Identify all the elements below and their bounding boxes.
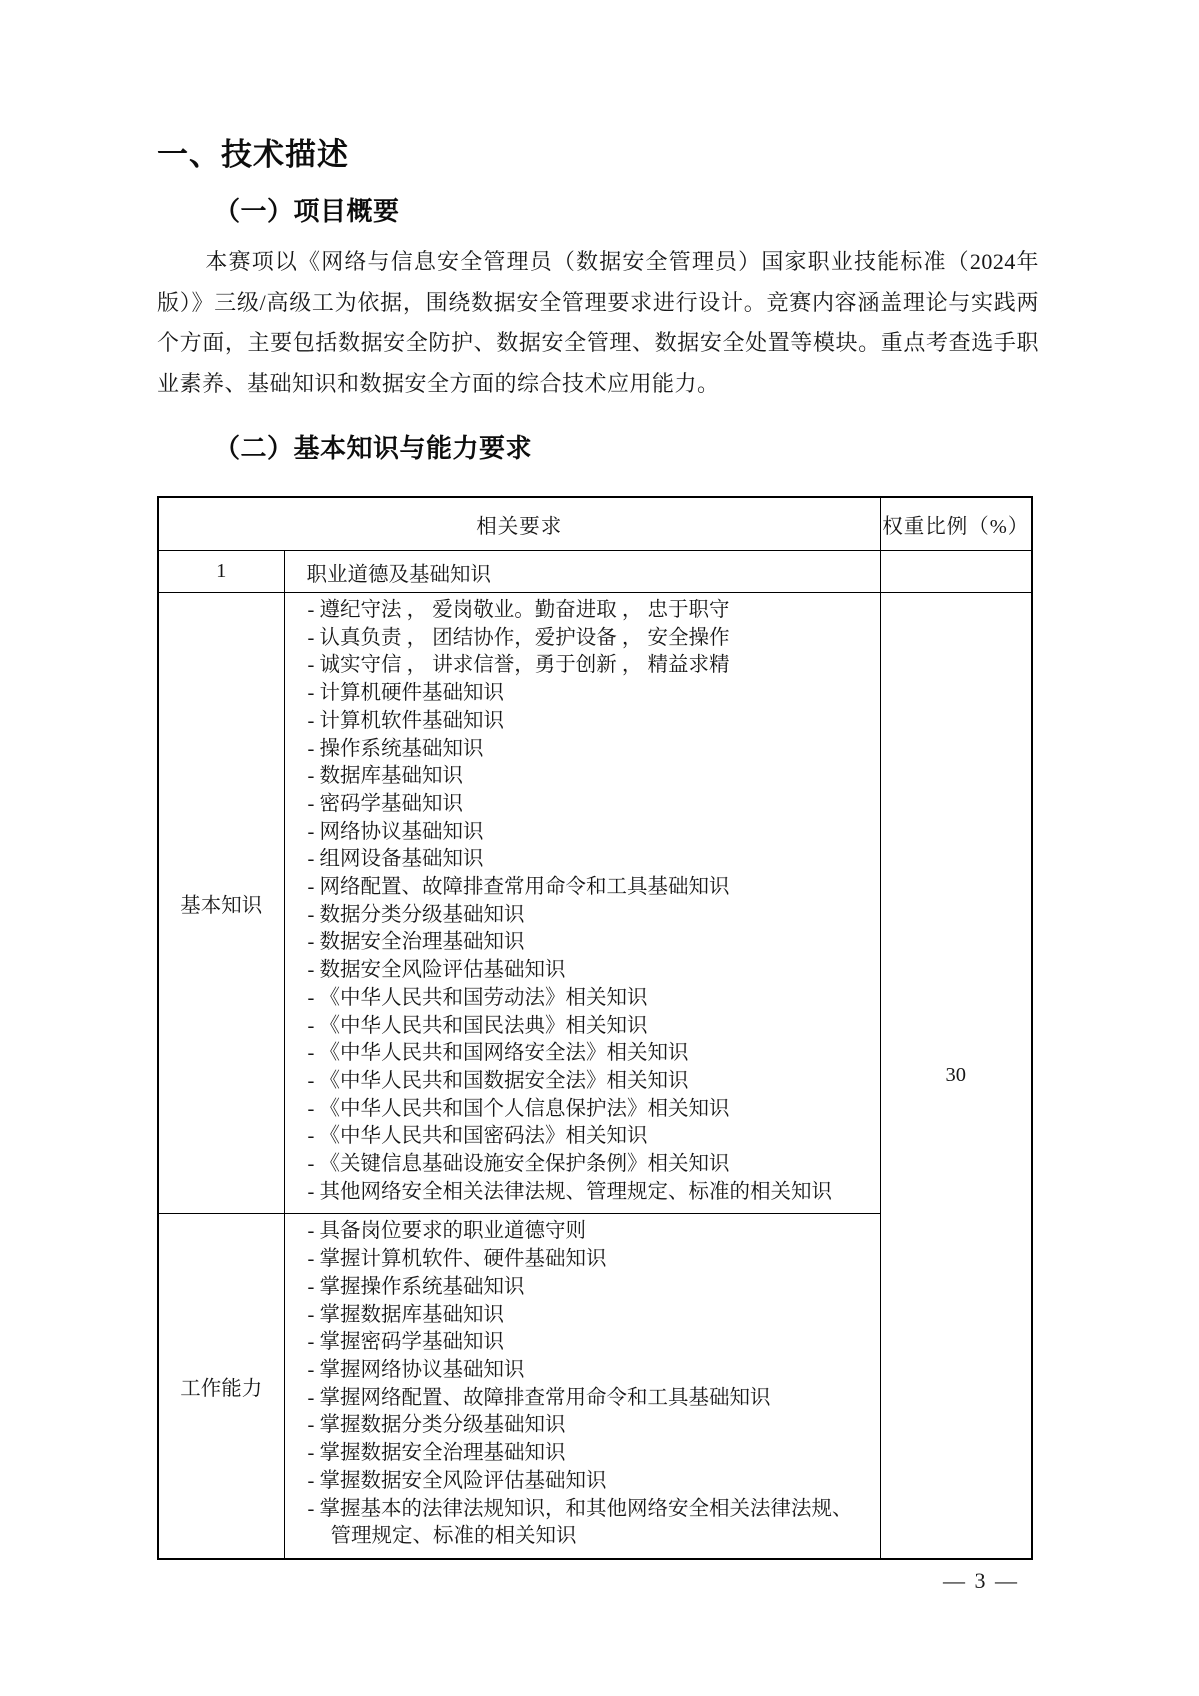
requirement-item: - 诚实守信 ， 讲求信誉，勇于创新 ， 精益求精 [285, 652, 870, 680]
document-page: 一、技术描述 （一）项目概要 本赛项以《网络与信息安全管理员（数据安全管理员）国… [0, 0, 1199, 1696]
requirement-item: - 《中华人民共和国劳动法》相关知识 [285, 985, 870, 1013]
requirement-item: - 密码学基础知识 [285, 791, 870, 819]
requirement-item: - 计算机硬件基础知识 [285, 680, 870, 708]
table-row: 基本知识 - 遵纪守法 ， 爱岗敬业。勤奋进取 ， 忠于职守- 认真负责 ， 团… [158, 593, 1032, 1214]
table-header-row: 相关要求 权重比例（%） [158, 497, 1032, 551]
requirement-item: - 《中华人民共和国数据安全法》相关知识 [285, 1068, 870, 1096]
subsection-2-title: （二）基本知识与能力要求 [214, 431, 1039, 465]
requirement-item: - 数据安全治理基础知识 [285, 929, 870, 957]
basic-knowledge-label: 基本知识 [158, 593, 284, 1214]
work-ability-label: 工作能力 [158, 1214, 284, 1559]
requirement-item: - 网络协议基础知识 [285, 819, 870, 847]
requirement-item: - 掌握数据安全风险评估基础知识 [285, 1468, 870, 1496]
requirement-item: - 认真负责 ， 团结协作，爱护设备 ， 安全操作 [285, 625, 870, 653]
table-row: 1 职业道德及基础知识 [158, 551, 1032, 593]
page-content: 一、技术描述 （一）项目概要 本赛项以《网络与信息安全管理员（数据安全管理员）国… [157, 135, 1039, 1560]
section-title: 一、技术描述 [157, 135, 1039, 175]
work-ability-items: - 具备岗位要求的职业道德守则- 掌握计算机软件、硬件基础知识- 掌握操作系统基… [284, 1214, 880, 1559]
requirement-item: - 《中华人民共和国网络安全法》相关知识 [285, 1040, 870, 1068]
subsection-1-title: （一）项目概要 [214, 194, 1039, 228]
col-header-requirements: 相关要求 [158, 497, 880, 551]
requirement-item: - 具备岗位要求的职业道德守则 [285, 1218, 870, 1246]
requirements-table: 相关要求 权重比例（%） 1 职业道德及基础知识 基本知识 - 遵纪守法 ， 爱… [157, 496, 1033, 1560]
requirement-item: - 掌握网络配置、故障排查常用命令和工具基础知识 [285, 1385, 870, 1413]
requirement-item: - 操作系统基础知识 [285, 736, 870, 764]
requirement-item: - 《中华人民共和国个人信息保护法》相关知识 [285, 1096, 870, 1124]
requirement-item: - 《中华人民共和国民法典》相关知识 [285, 1013, 870, 1041]
requirement-item: - 掌握数据分类分级基础知识 [285, 1412, 870, 1440]
requirement-item: - 掌握密码学基础知识 [285, 1329, 870, 1357]
requirement-item: - 计算机软件基础知识 [285, 708, 870, 736]
requirement-item: - 《中华人民共和国密码法》相关知识 [285, 1123, 870, 1151]
requirement-item: - 数据安全风险评估基础知识 [285, 957, 870, 985]
requirement-item: - 掌握计算机软件、硬件基础知识 [285, 1246, 870, 1274]
requirement-item: - 数据分类分级基础知识 [285, 902, 870, 930]
requirement-item: - 网络配置、故障排查常用命令和工具基础知识 [285, 874, 870, 902]
requirement-item: - 数据库基础知识 [285, 763, 870, 791]
requirement-item: - 遵纪守法 ， 爱岗敬业。勤奋进取 ， 忠于职守 [285, 597, 870, 625]
row-title-cell: 职业道德及基础知识 [284, 551, 880, 593]
col-header-weight: 权重比例（%） [880, 497, 1032, 551]
page-number: — 3 — [943, 1568, 1019, 1594]
overview-paragraph: 本赛项以《网络与信息安全管理员（数据安全管理员）国家职业技能标准（2024年版）… [157, 242, 1039, 404]
requirement-item: - 掌握数据库基础知识 [285, 1302, 870, 1330]
requirement-item: - 《关键信息基础设施安全保护条例》相关知识 [285, 1151, 870, 1179]
basic-knowledge-items: - 遵纪守法 ， 爱岗敬业。勤奋进取 ， 忠于职守- 认真负责 ， 团结协作，爱… [284, 593, 880, 1214]
weight-value-cell: 30 [880, 593, 1032, 1559]
requirement-item: - 组网设备基础知识 [285, 846, 870, 874]
requirement-item: - 掌握操作系统基础知识 [285, 1274, 870, 1302]
requirement-item: - 掌握网络协议基础知识 [285, 1357, 870, 1385]
requirement-item: - 掌握数据安全治理基础知识 [285, 1440, 870, 1468]
row-index-cell: 1 [158, 551, 284, 593]
requirement-item: - 其他网络安全相关法律法规、管理规定、标准的相关知识 [285, 1179, 870, 1207]
requirement-item: - 掌握基本的法律法规知识，和其他网络安全相关法律法规、管理规定、标准的相关知识 [285, 1496, 870, 1551]
row1-weight-cell [880, 551, 1032, 593]
